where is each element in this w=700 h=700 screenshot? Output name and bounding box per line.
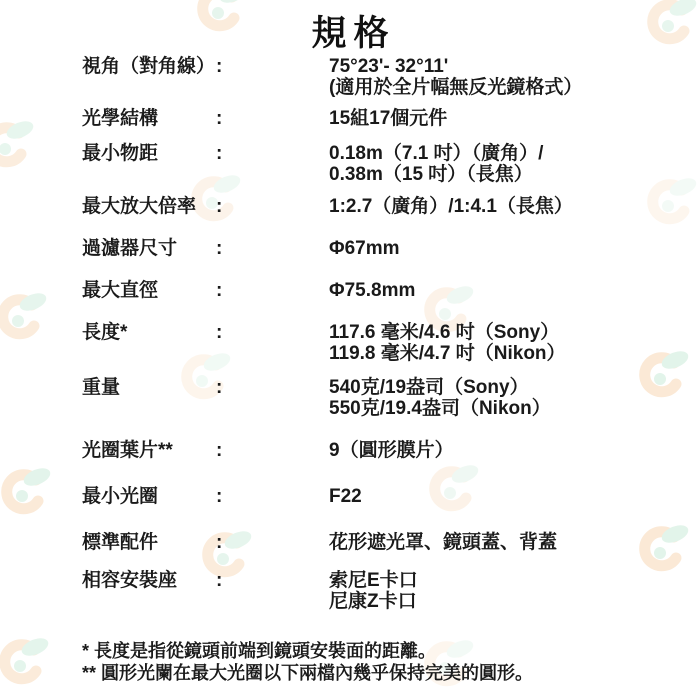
spec-colon: : <box>216 143 222 164</box>
spec-colon: : <box>216 196 222 217</box>
footnotes: * 長度是指從鏡頭前端到鏡頭安裝面的距離。 ** 圓形光闌在最大光圈以下兩檔內幾… <box>82 640 533 684</box>
spec-colon: : <box>216 238 222 259</box>
spec-value-line: 花形遮光罩、鏡頭蓋、背蓋 <box>329 532 557 553</box>
spec-label: 最小光圈 <box>82 486 158 507</box>
spec-colon: : <box>216 570 222 591</box>
spec-value: 117.6 毫米/4.6 吋（Sony） 119.8 毫米/4.7 吋（Niko… <box>329 322 566 364</box>
spec-value-line: (適用於全片幅無反光鏡格式） <box>329 77 582 98</box>
spec-value-line: 119.8 毫米/4.7 吋（Nikon） <box>329 343 566 364</box>
spec-value-line: Φ75.8mm <box>329 280 415 301</box>
spec-label: 重量 <box>82 377 120 398</box>
spec-colon: : <box>216 108 222 129</box>
spec-value: Φ67mm <box>329 238 400 259</box>
spec-colon: : <box>216 377 222 398</box>
spec-colon: : <box>216 532 222 553</box>
spec-value: 15組17個元件 <box>329 108 447 129</box>
spec-value-line: 9（圓形膜片） <box>329 440 454 461</box>
spec-colon: : <box>216 440 222 461</box>
spec-value-line: Φ67mm <box>329 238 400 259</box>
spec-label: 光圈葉片** <box>82 440 173 461</box>
spec-colon: : <box>216 56 222 77</box>
spec-colon: : <box>216 486 222 507</box>
spec-label: 最小物距 <box>82 143 158 164</box>
spec-colon: : <box>216 280 222 301</box>
spec-value-line: 75°23'- 32°11' <box>329 56 582 77</box>
spec-label: 最大放大倍率 <box>82 196 196 217</box>
spec-label: 視角（對角線） <box>82 56 215 77</box>
spec-value-line: 1:2.7（廣角）/1:4.1（長焦） <box>329 196 573 217</box>
spec-label: 長度* <box>82 322 127 343</box>
spec-label: 相容安裝座 <box>82 570 177 591</box>
spec-value-line: F22 <box>329 486 362 507</box>
spec-value-line: 0.38m（15 吋）（長焦） <box>329 164 543 185</box>
spec-value: 花形遮光罩、鏡頭蓋、背蓋 <box>329 532 557 553</box>
spec-value: 540克/19盎司（Sony） 550克/19.4盎司（Nikon） <box>329 377 551 419</box>
spec-value-line: 540克/19盎司（Sony） <box>329 377 551 398</box>
spec-label: 最大直徑 <box>82 280 158 301</box>
spec-value-line: 117.6 毫米/4.6 吋（Sony） <box>329 322 566 343</box>
page-title: 規格 <box>0 6 700 56</box>
spec-label: 光學結構 <box>82 108 158 129</box>
spec-value-line: 550克/19.4盎司（Nikon） <box>329 398 551 419</box>
spec-value-line: 0.18m（7.1 吋）（廣角）/ <box>329 143 543 164</box>
spec-value: 1:2.7（廣角）/1:4.1（長焦） <box>329 196 573 217</box>
spec-label: 標準配件 <box>82 532 158 553</box>
spec-sheet: 規格 視角（對角線） : 75°23'- 32°11' (適用於全片幅無反光鏡格… <box>0 0 700 700</box>
spec-colon: : <box>216 322 222 343</box>
spec-value: F22 <box>329 486 362 507</box>
spec-value: 索尼E卡口 尼康Z卡口 <box>329 570 418 612</box>
spec-value-line: 尼康Z卡口 <box>329 591 418 612</box>
spec-value: 0.18m（7.1 吋）（廣角）/ 0.38m（15 吋）（長焦） <box>329 143 543 185</box>
spec-value-line: 索尼E卡口 <box>329 570 418 591</box>
spec-content: 規格 視角（對角線） : 75°23'- 32°11' (適用於全片幅無反光鏡格… <box>0 0 700 700</box>
spec-value: 9（圓形膜片） <box>329 440 454 461</box>
spec-label: 過濾器尺寸 <box>82 238 177 259</box>
spec-value-line: 15組17個元件 <box>329 108 447 129</box>
footnote-length: * 長度是指從鏡頭前端到鏡頭安裝面的距離。 <box>82 640 533 662</box>
spec-value: 75°23'- 32°11' (適用於全片幅無反光鏡格式） <box>329 56 582 98</box>
spec-value: Φ75.8mm <box>329 280 415 301</box>
footnote-circular-aperture: ** 圓形光闌在最大光圈以下兩檔內幾乎保持完美的圓形。 <box>82 662 533 684</box>
